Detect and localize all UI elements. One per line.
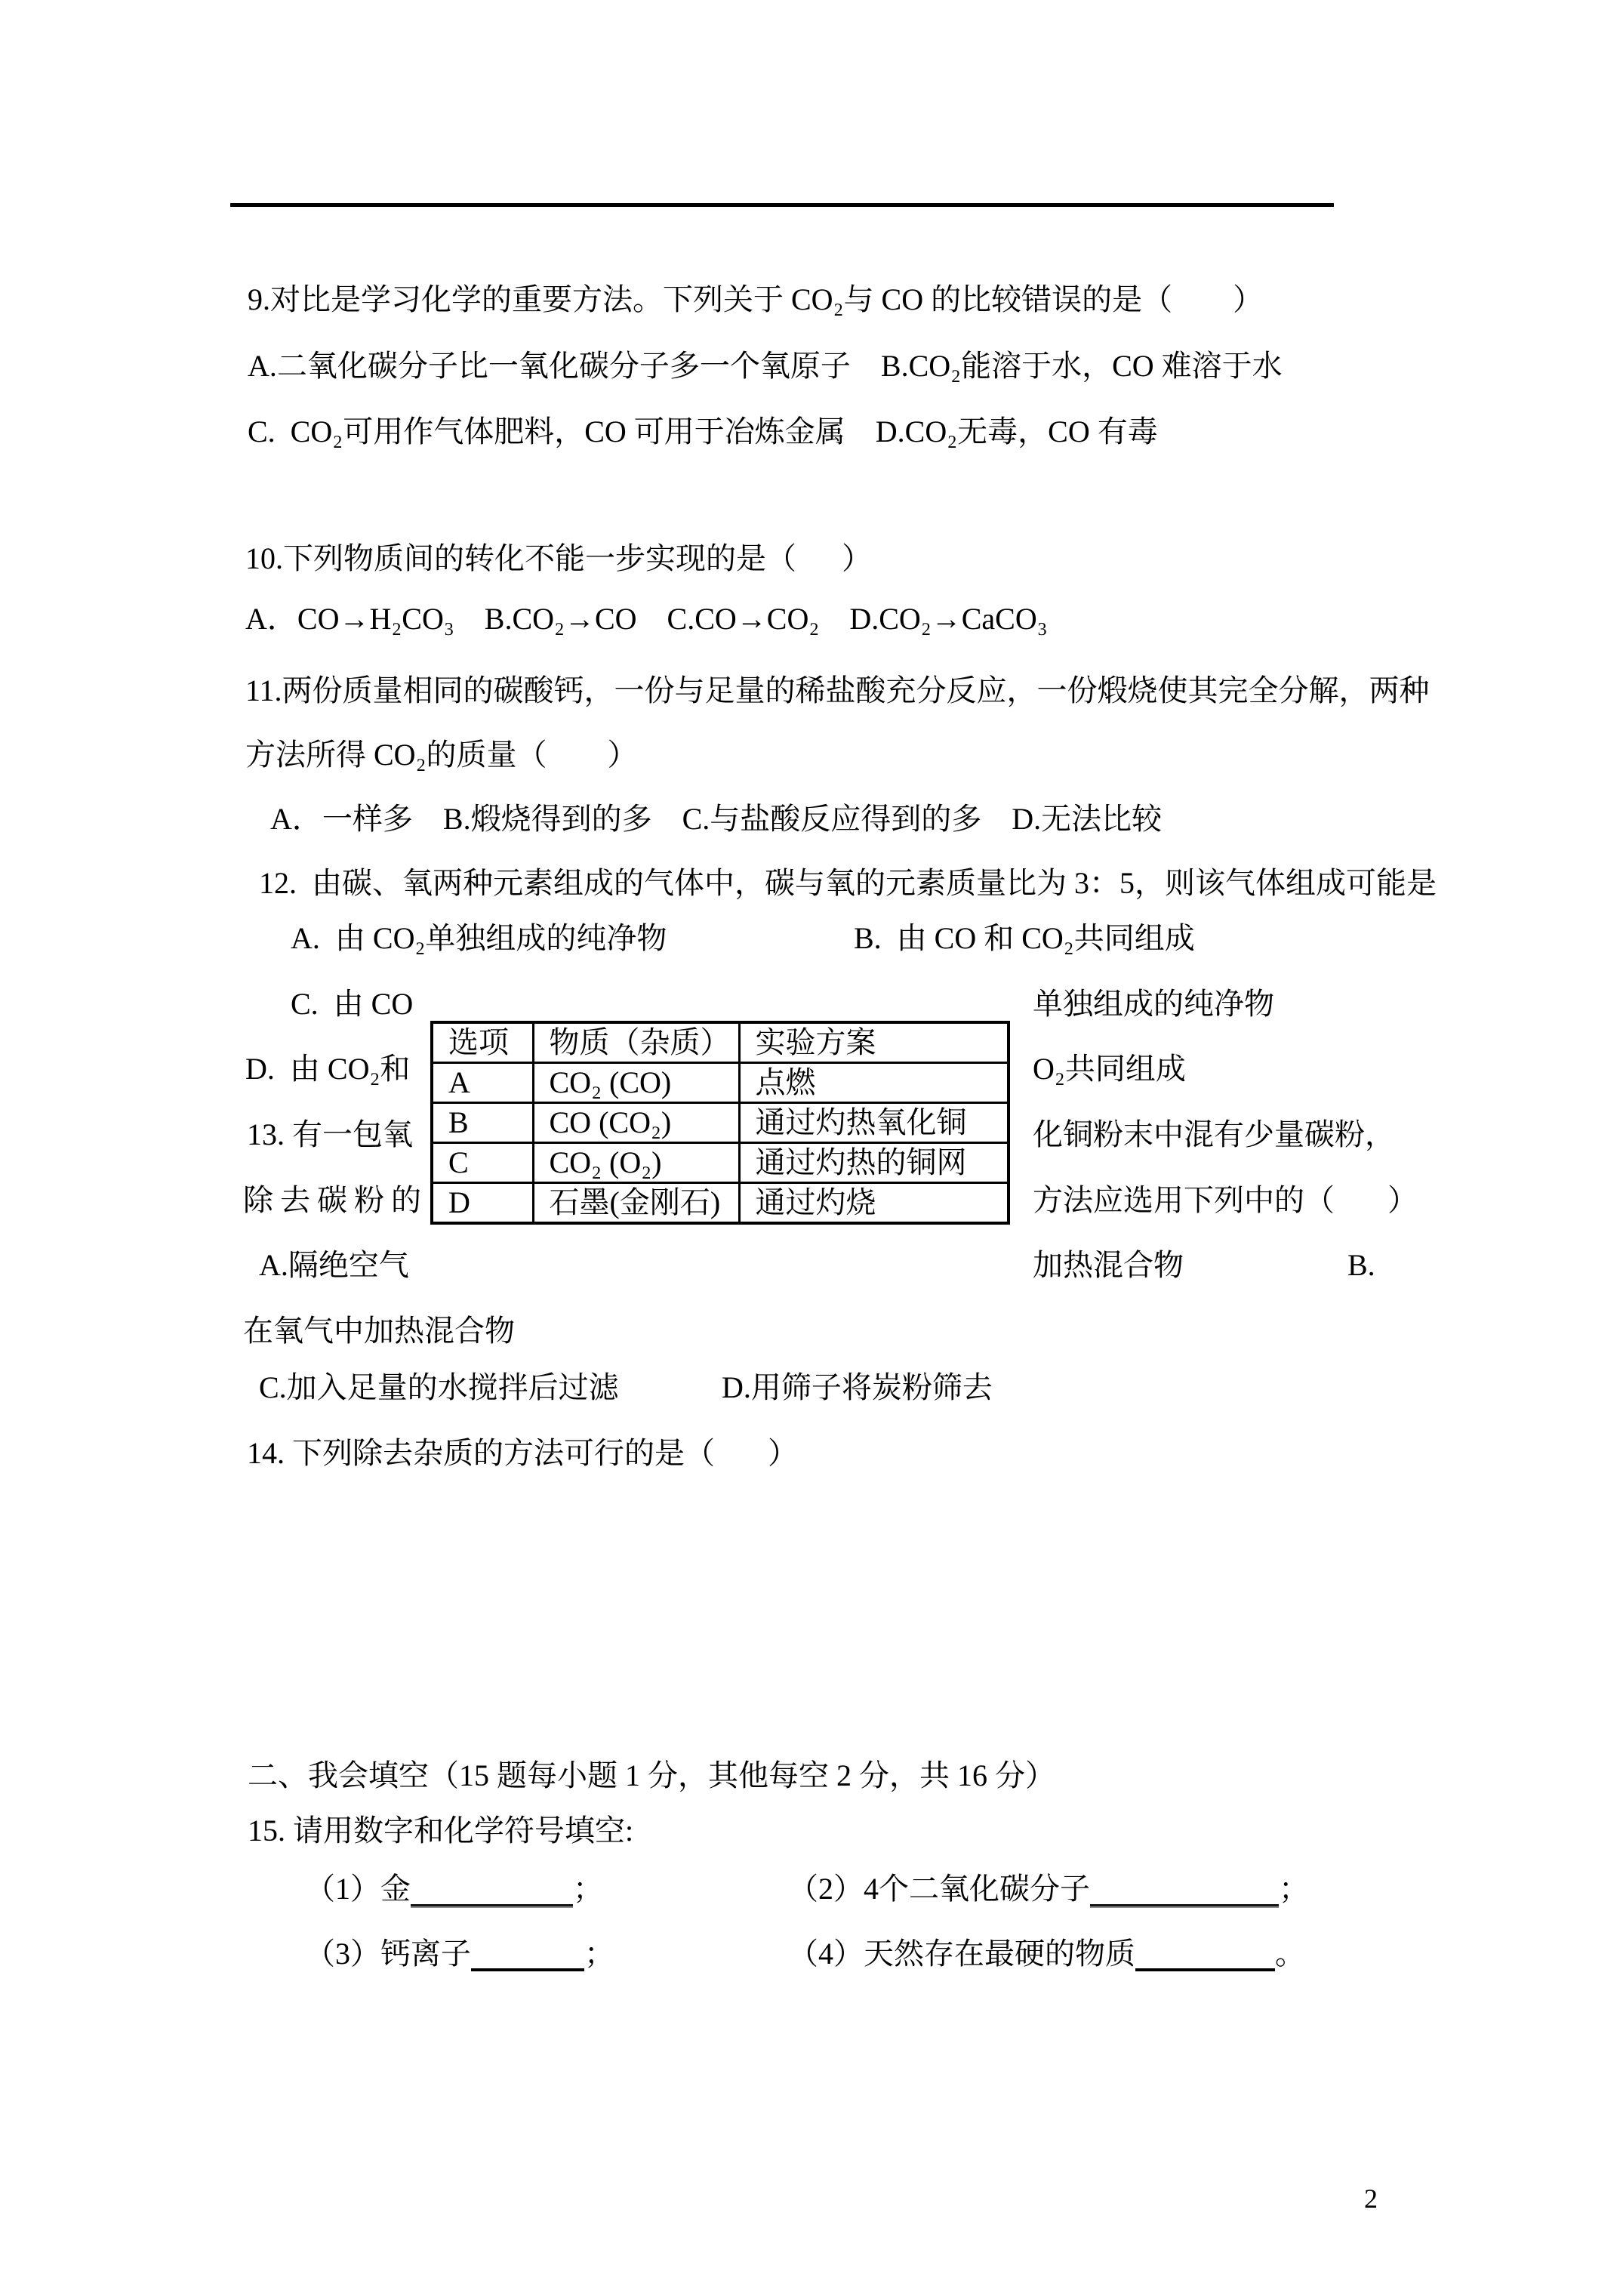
q15-item-1: （1）金； [305,1871,603,1907]
table-row: B CO (CO₂) 通过灼热氧化铜 [432,1103,1009,1143]
q15-item-2-punct: ； [1279,1872,1309,1906]
q15-item-3: （3）钙离子； [305,1936,614,1972]
q11-options: A．一样多 B.煅烧得到的多 C.与盐酸反应得到的多 D.无法比较 [270,801,1162,837]
table-header-row: 选项 物质（杂质） 实验方案 [432,1022,1009,1063]
q13-option-a-cont: 加热混合物 [1033,1247,1184,1284]
table-cell: CO₂ (CO) [533,1063,739,1103]
page-number: 2 [1364,2183,1378,2214]
table-row: A CO₂ (CO) 点燃 [432,1063,1009,1103]
table-cell: D [432,1183,533,1224]
q13-stem-left-2: 除去碳粉的 [243,1182,428,1219]
table-row: C CO₂ (O₂) 通过灼热的铜网 [432,1143,1009,1183]
q15-item-1-punct: ； [573,1872,603,1906]
table-header-cell: 实验方案 [739,1022,1009,1063]
q15-item-4-label: （4）天然存在最硬的物质 [788,1937,1135,1971]
q14-stem: 14. 下列除去杂质的方法可行的是（ ） [247,1435,798,1472]
fill-blank-2 [1090,1897,1279,1906]
q10-stem: 10.下列物质间的转化不能一步实现的是（ ） [245,541,872,577]
q13-option-b-label: B. [1347,1247,1375,1284]
table-header-cell: 选项 [432,1022,533,1063]
table-cell: CO (CO₂) [533,1103,739,1143]
q13-stem-right-2: 方法应选用下列中的（ ） [1033,1182,1418,1219]
q13-option-c: C.加入足量的水搅拌后过滤 [259,1370,619,1406]
q11-stem-line1: 11.两份质量相同的碳酸钙，一份与足量的稀盐酸充分反应，一份煅烧使其完全分解，两… [245,673,1430,709]
q9-stem: 9.对比是学习化学的重要方法。下列关于 CO₂与 CO 的比较错误的是（ ） [248,282,1263,318]
q15-item-1-label: （1）金 [305,1872,411,1906]
q15-item-2-label: （2）4个二氧化碳分子 [788,1872,1090,1906]
fill-blank-3 [471,1961,584,1971]
table-cell: 通过灼烧 [739,1183,1009,1224]
table-cell: A [432,1063,533,1103]
q12-option-d-cont: O₂共同组成 [1033,1051,1186,1087]
q15-item-2: （2）4个二氧化碳分子； [788,1871,1309,1907]
q12-option-d: D. 由 CO₂和 [245,1051,410,1087]
q12-option-c-cont: 单独组成的纯净物 [1033,986,1274,1022]
q10-options: A．CO→H₂CO₃ B.CO₂→CO C.CO→CO₂ D.CO₂→CaCO₃ [245,601,1048,637]
q13-option-a: A.隔绝空气 [259,1247,409,1284]
q15-stem: 15. 请用数字和化学符号填空: [248,1813,633,1849]
q12-stem: 12. 由碳、氧两种元素组成的气体中，碳与氧的元素质量比为 3：5，则该气体组成… [259,865,1437,901]
table-cell: 点燃 [739,1063,1009,1103]
q15-item-4: （4）天然存在最硬的物质。 [788,1936,1305,1972]
q15-item-4-punct: 。 [1275,1937,1305,1971]
table-cell: CO₂ (O₂) [533,1143,739,1183]
q13-stem-left-1: 13. 有一包氧 [247,1117,413,1153]
fill-blank-1 [411,1897,573,1906]
exam-page: 9.对比是学习化学的重要方法。下列关于 CO₂与 CO 的比较错误的是（ ） A… [0,0,1623,2296]
q15-item-3-punct: ； [584,1937,614,1971]
table-cell: B [432,1103,533,1143]
q11-stem-line2: 方法所得 CO₂的质量（ ） [245,737,638,773]
q12-option-a: A. 由 CO₂单独组成的纯净物 [291,920,667,957]
q13-stem-right-1: 化铜粉末中混有少量碳粉， [1033,1117,1395,1153]
header-rule [230,203,1334,207]
q15-item-3-label: （3）钙离子 [305,1937,471,1971]
table-cell: 通过灼热的铜网 [739,1143,1009,1183]
q9-options-cd: C. CO₂可用作气体肥料，CO 可用于冶炼金属 D.CO₂无毒，CO 有毒 [248,414,1158,450]
q12-option-c: C. 由 CO [291,986,413,1022]
q13-option-d: D.用筛子将炭粉筛去 [722,1370,993,1406]
table-cell: 石墨(金刚石) [533,1183,739,1224]
table-cell: C [432,1143,533,1183]
q9-options-ab: A.二氧化碳分子比一氧化碳分子多一个氧原子 B.CO₂能溶于水，CO 难溶于水 [248,348,1283,384]
fill-blank-4 [1135,1961,1275,1971]
table-header-cell: 物质（杂质） [533,1022,739,1063]
table-cell: 通过灼热氧化铜 [739,1103,1009,1143]
purification-table: 选项 物质（杂质） 实验方案 A CO₂ (CO) 点燃 B CO (CO₂) … [430,1021,1010,1225]
section-2-title: 二、我会填空（15 题每小题 1 分，其他每空 2 分，共 16 分） [248,1758,1055,1794]
q12-option-b: B. 由 CO 和 CO₂共同组成 [854,920,1195,957]
table-row: D 石墨(金刚石) 通过灼烧 [432,1183,1009,1224]
q13-option-b-cont: 在氧气中加热混合物 [243,1313,515,1349]
